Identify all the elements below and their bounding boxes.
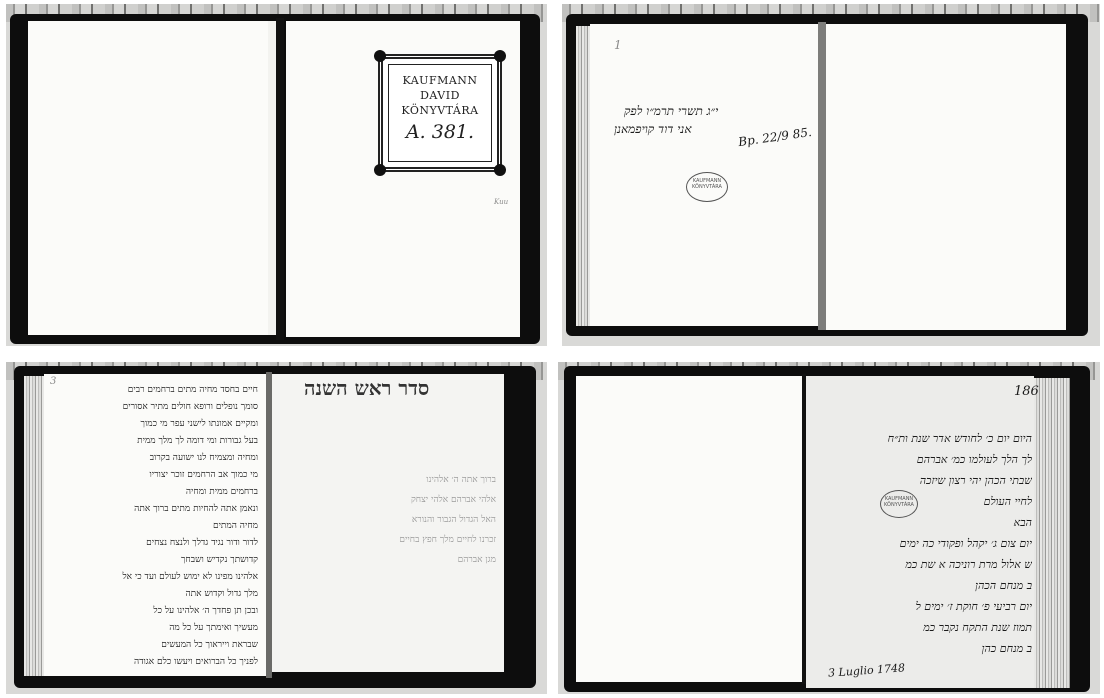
library-stamp: KAUFMANN KÖNYVTÁRA	[880, 490, 918, 518]
text-line: יום צום ג׳ יקהל ופקודי כה ימים	[812, 533, 1032, 554]
gutter	[818, 22, 826, 330]
text-line: בעל גבורות ומי דומה לך מלך ממית	[50, 433, 258, 450]
text-line: לחיי העולם	[812, 491, 1032, 512]
text-line: תמוז שנת התקח נקבר כמ	[812, 617, 1032, 638]
prayer-text-right: ברוך אתה ה׳ אלהינואלהי אברהם אלהי יצחקהא…	[286, 470, 496, 570]
text-line: היום יום כ׳ לחודש אדר שנת ות״ח	[812, 428, 1032, 449]
photo-prayer-text-opening: 3 חיים בחסד מחיה מתים ברחמים רביםסומך נו…	[6, 362, 547, 694]
text-line: ב מנחם כהן	[812, 638, 1032, 659]
gutter	[276, 18, 284, 340]
section-title: סדר ראש השנה	[304, 376, 429, 401]
facing-page	[826, 24, 1066, 330]
text-line: מי כמוך אב הרחמים זוכר יצוריו	[50, 467, 258, 484]
library-stamp: KAUFMANN KÖNYVTÁRA	[686, 172, 728, 202]
text-line: ש אלול מרת רוניכה א שת כמ	[812, 554, 1032, 575]
photo-bookplate-opening: KAUFMANN DAVID KÖNYVTÁRA A. 381. Kuu	[6, 4, 547, 346]
text-line: מלך גדול וקדוש אתה	[50, 586, 258, 603]
text-line: אלהינו מפינו לא ימוש לעולם ועד כי אל	[50, 569, 258, 586]
ornament-corner	[374, 50, 386, 62]
text-line: שבתי הכהן יהי רצון שיזכה	[812, 470, 1032, 491]
photo-inscription-opening: 1 י״ג תשרי תרמ״ו לפק אני דוד קויפמאנן Bp…	[562, 4, 1100, 346]
pastedown-page	[28, 21, 268, 335]
photo-colophon-opening: 186 היום יום כ׳ לחודש אדר שנת ות״חלך הלך…	[558, 362, 1100, 694]
inscription-line: י״ג תשרי תרמ״ו לפק	[624, 104, 718, 119]
text-line: קדושתך נקדיש ושבחך	[50, 552, 258, 569]
text-line: הבא	[812, 512, 1032, 533]
ornament-corner	[494, 164, 506, 176]
text-line: יום רביעי פ׳ חוקת ז׳ ימים ל	[812, 596, 1032, 617]
inscription-line: אני דוד קויפמאנן	[614, 122, 692, 137]
folio-number: 186	[1014, 384, 1039, 399]
colophon-text: היום יום כ׳ לחודש אדר שנת ות״חלך הלך לעו…	[812, 428, 1032, 659]
text-line: ברחמים ממית ומחיה	[50, 484, 258, 501]
ornament-corner	[374, 164, 386, 176]
text-line: לדור ודור נגיד גדלך ולנצח נצחים	[50, 535, 258, 552]
text-line: ונאמן אתה להחיות מתים ברוך אתה	[50, 501, 258, 518]
text-line: סומך נופלים ורופא חולים מתיר אסורים	[50, 399, 258, 416]
ornament-corner	[494, 50, 506, 62]
text-line: מעשיך ואימתך על כל מה	[50, 620, 258, 637]
text-line: זכרנו לחיים מלך חפץ בחיים	[286, 530, 496, 550]
text-line: מחיה המתים	[50, 518, 258, 535]
prayer-text-left: חיים בחסד מחיה מתים ברחמים רביםסומך נופל…	[50, 382, 258, 671]
blank-leaf	[576, 376, 802, 682]
bookplate-line: KÖNYVTÁRA	[389, 103, 491, 118]
text-line: אלהי אברהם אלהי יצחק	[286, 490, 496, 510]
bookplate: KAUFMANN DAVID KÖNYVTÁRA A. 381.	[378, 54, 502, 172]
folio-mark: 1	[614, 38, 622, 52]
page-edges	[1034, 378, 1070, 688]
text-line: מגן אברהם	[286, 550, 496, 570]
text-line: ומחיה ומצמיח לנו ישועה בקרוב	[50, 450, 258, 467]
text-line: לפניך כל הברואים ויעשו כלם אגודה	[50, 654, 258, 671]
margin-note: Kuu	[494, 198, 508, 206]
page-edges	[24, 376, 46, 676]
text-line: שבראת וייראוך כל המעשים	[50, 637, 258, 654]
bookplate-line: DAVID	[389, 88, 491, 103]
text-line: ב מנחם הכהן	[812, 575, 1032, 596]
shelfmark: A. 381.	[389, 121, 491, 143]
text-line: האל הגדול הגבור והנורא	[286, 510, 496, 530]
bookplate-line: KAUFMANN	[389, 73, 491, 88]
text-line: ומקיים אמונתו לישני עפר מי כמוך	[50, 416, 258, 433]
text-line: לך הלך לעולמו כמ׳ אברהם	[812, 449, 1032, 470]
page-edges	[576, 26, 590, 326]
text-line: חיים בחסד מחיה מתים ברחמים רבים	[50, 382, 258, 399]
text-line: ובכן תן פחדך ה׳ אלהינו על כל	[50, 603, 258, 620]
text-line: ברוך אתה ה׳ אלהינו	[286, 470, 496, 490]
